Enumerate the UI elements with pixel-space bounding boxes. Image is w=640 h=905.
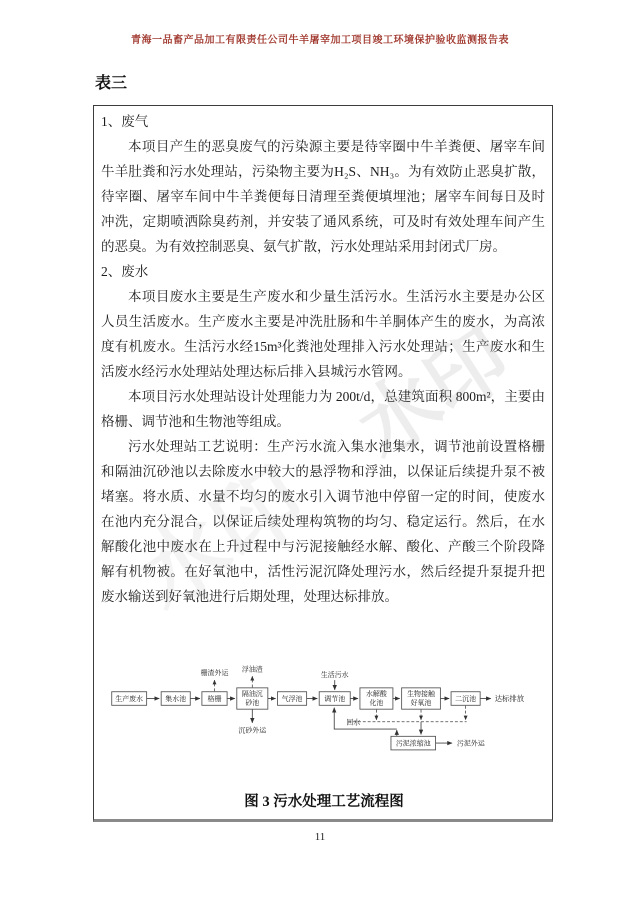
node-label: 调节池 [324,694,345,703]
node-label: 污泥浓缩池 [396,739,431,748]
node-label: 集水池 [165,694,186,703]
report-table-cell: 1、废气 本项目产生的恶臭废气的污染源主要是待宰圈中牛羊粪便、屠宰车间牛羊肚粪和… [93,105,553,822]
figure-caption: 图 3 污水处理工艺流程图 [103,790,545,811]
process-flow-diagram: 生产废水 集水池 格栅 隔油沉 砂池 气浮池 [103,659,545,811]
node-label: 砂池 [245,698,259,707]
label-sludge-out: 污泥外运 [457,739,485,748]
node-bio-contact-aerobic-tank: 生物接触 好氧池 [402,688,441,709]
section-heading-wastewater: 2、废水 [101,259,545,284]
node-label: 好氧池 [411,698,432,707]
node-oil-grit-chamber: 隔油沉 砂池 [237,688,268,709]
node-production-wastewater: 生产废水 [112,692,147,706]
label-domestic-sewage: 生活污水 [321,670,349,679]
node-label: 生物接触 [407,689,436,698]
node-secondary-sedimentation-tank: 二沉池 [451,692,480,706]
wastewater-paragraph-1: 本项目废水主要是生产废水和少量生活污水。生活污水主要是办公区人员生活废水。生产废… [101,284,545,384]
flow-diagram-svg: 生产废水 集水池 格栅 隔油沉 砂池 气浮池 [103,659,549,771]
table-label: 表三 [95,70,127,93]
node-grille: 格栅 [202,692,227,706]
section-heading-waste-gas: 1、废气 [101,109,545,134]
label-return-water: 回水 [346,718,360,727]
diagram-nodes: 生产废水 集水池 格栅 隔油沉 砂池 气浮池 [112,688,480,750]
node-label: 格栅 [208,694,222,703]
document-header-title: 青海一品畜产品加工有限责任公司牛羊屠宰加工项目竣工环境保护验收监测报告表 [0,31,640,46]
node-sludge-thickening-tank: 污泥浓缩池 [391,736,436,750]
node-label: 生产废水 [115,694,143,703]
node-label: 化池 [369,698,383,707]
wastewater-paragraph-3: 污水处理站工艺说明：生产污水流入集水池集水，调节池前设置格栅和隔油沉砂池以去除废… [101,434,545,609]
node-label: 二沉池 [455,694,476,703]
label-grille-residue: 栅渣外运 [201,668,229,677]
node-hydrolysis-acidification-tank: 水解酸 化池 [360,688,393,709]
label-discharge: 达标排放 [495,694,525,703]
waste-gas-paragraph: 本项目产生的恶臭废气的污染源主要是待宰圈中牛羊粪便、屠宰车间牛羊肚粪和污水处理站… [101,134,545,259]
node-collecting-tank: 集水池 [161,692,190,706]
wastewater-paragraph-2: 本项目污水处理站设计处理能力为 200t/d，总建筑面积 800m²，主要由格栅… [101,384,545,434]
node-regulating-tank: 调节池 [319,692,350,706]
page-number: 11 [0,831,640,843]
node-air-flotation-tank: 气浮池 [278,692,307,706]
node-label: 气浮池 [282,694,303,703]
node-label: 隔油沉 [242,689,263,698]
label-floating-oil: 浮油渣 [242,664,263,673]
label-grit-out: 沉砂外运 [238,725,266,734]
node-label: 水解酸 [366,689,387,698]
